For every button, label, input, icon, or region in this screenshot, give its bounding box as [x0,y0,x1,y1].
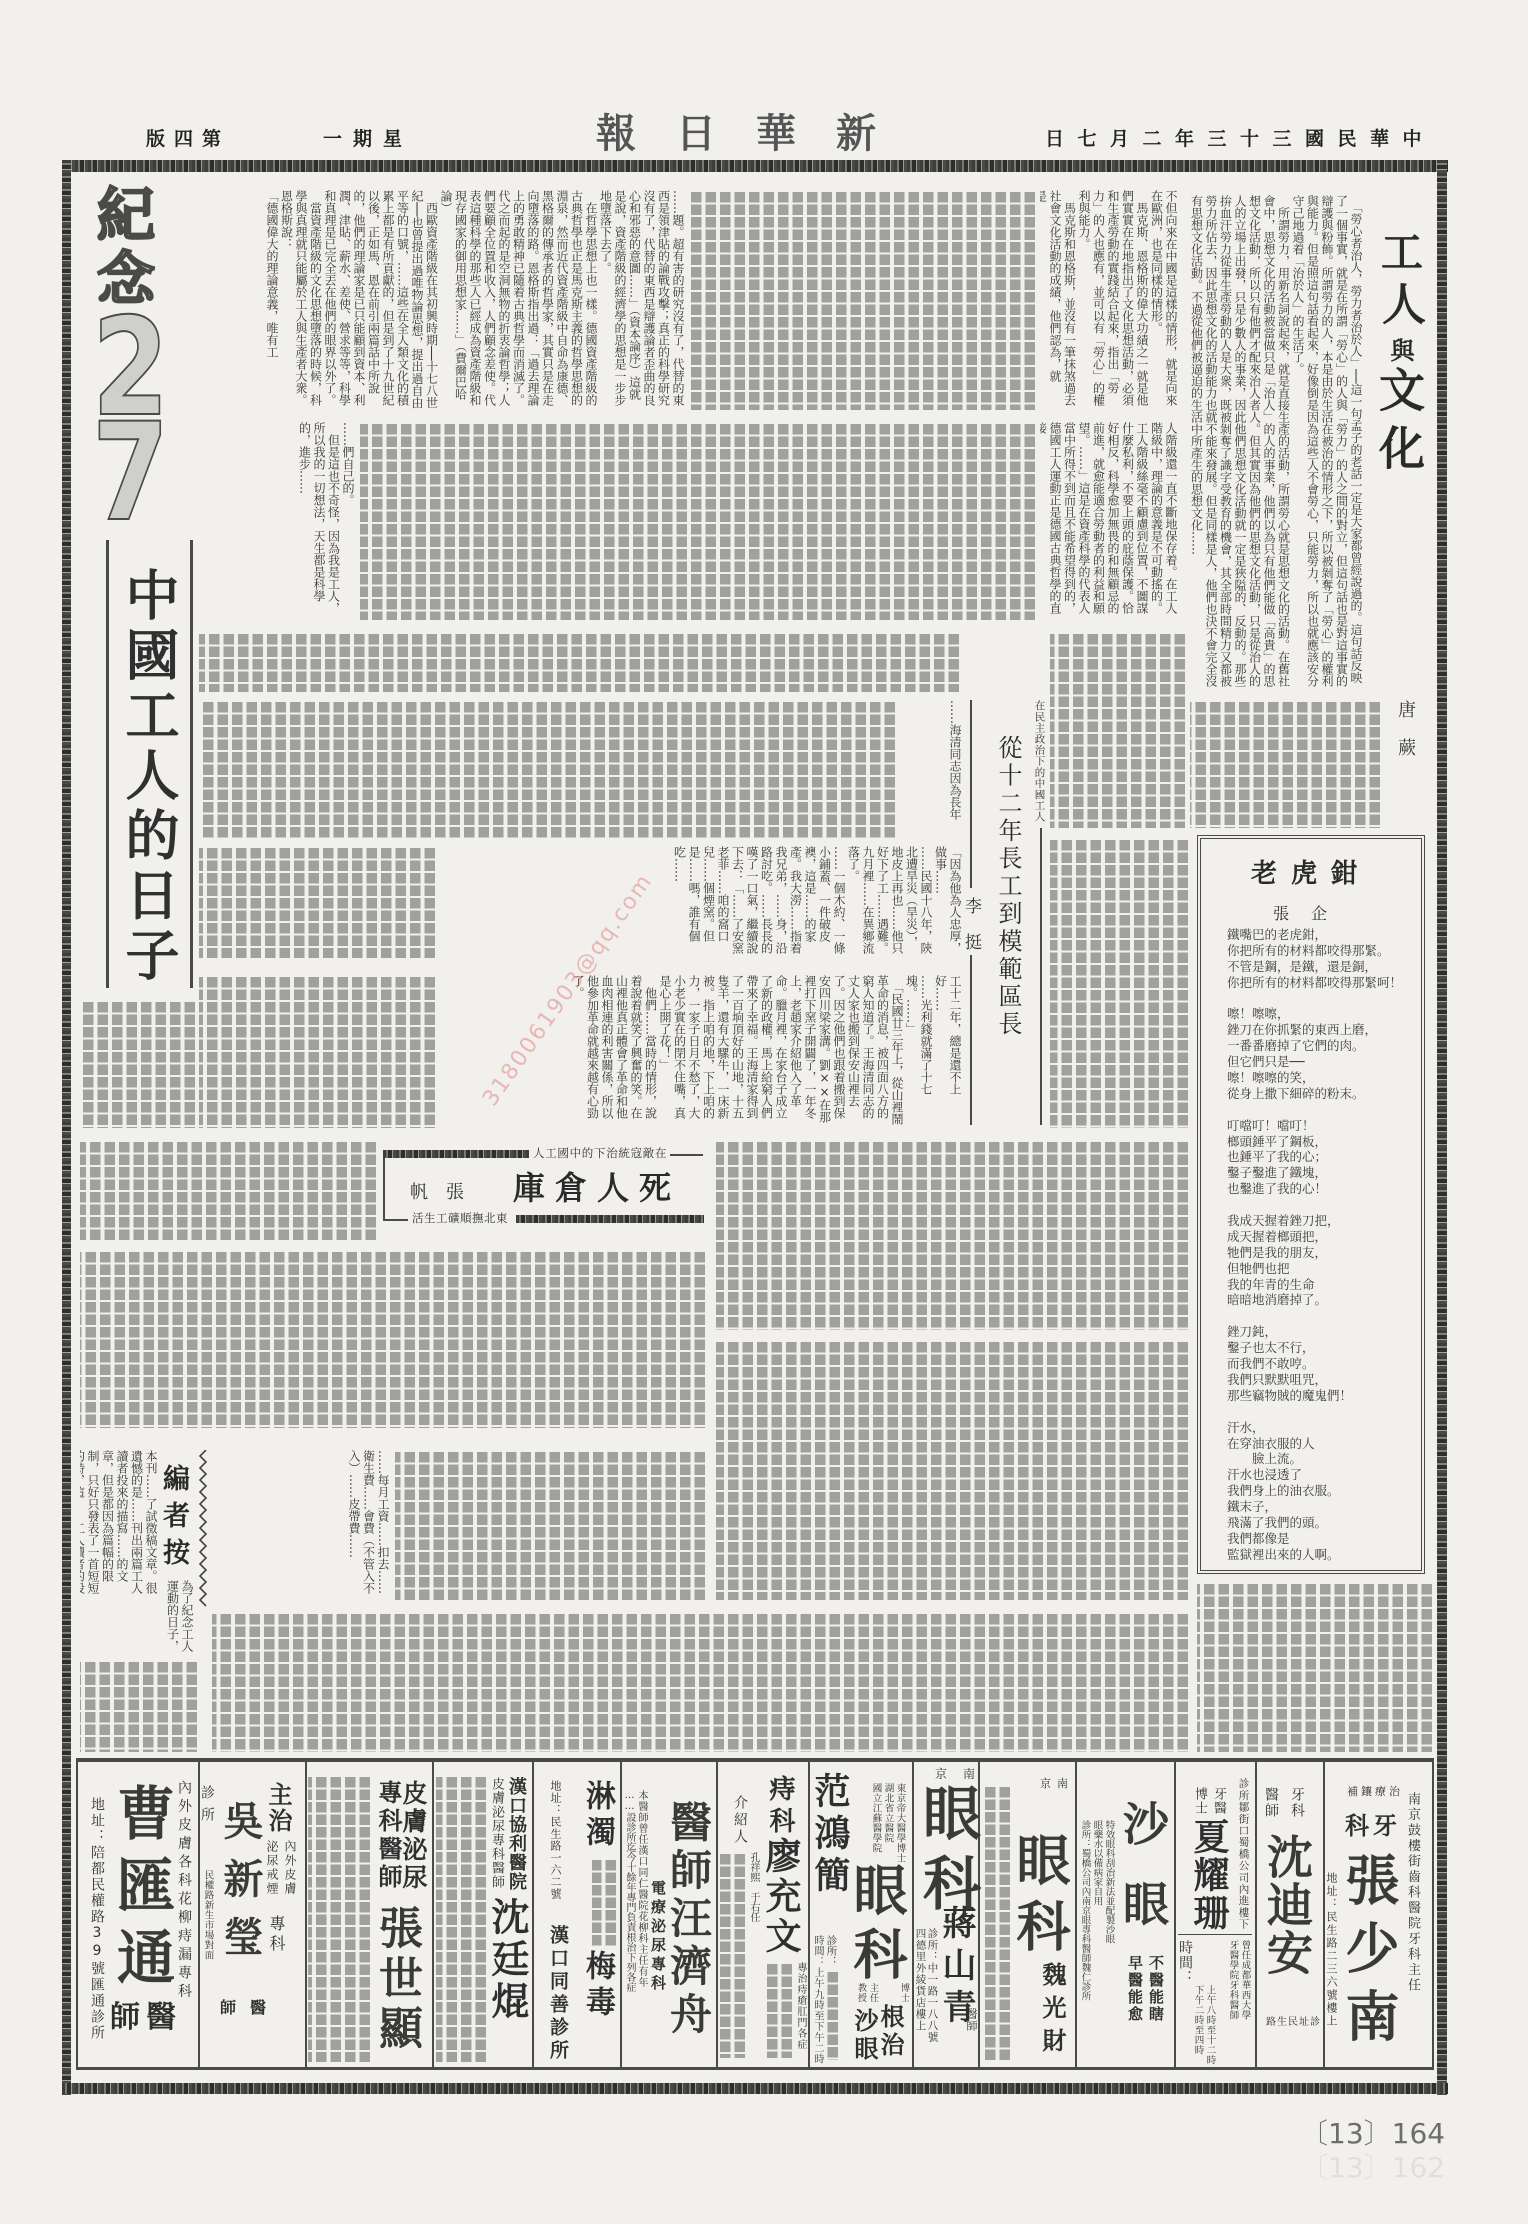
illegible-print-block [395,1450,705,1600]
ad-title: 牙醫 [1212,1787,1225,1815]
illegible-print-block [1190,700,1380,828]
ad-address: 民權路新生市場對面 [203,1870,213,1960]
poem-line: 榔頭錘平了鋼板， [1227,1134,1402,1150]
ad-disease: 沙眼 [852,2008,876,2064]
poem-line: 我們只默默咀咒， [1227,1372,1402,1388]
poem-line: 我的年青的生命 [1227,1277,1402,1293]
changgong-rule-left-bottom [970,955,972,1125]
ad-specialty: 皮膚泌尿專科醫師 [490,1777,503,1889]
ad-credential: 湖北省立醫院 [883,1783,893,1843]
ad-specialty: 眼科 [850,1862,904,1990]
illegible-print-block [436,1775,486,2062]
ad-specialty: 專科醫師 [376,1780,400,1892]
feature-kicker: 在敵寇統治下的中國工人 [533,1148,667,1160]
poem-line: 我們都像是 [1227,1531,1402,1547]
zigzag-divider [198,1450,208,1608]
poem-line: 而我們不敢哼。 [1227,1356,1402,1372]
ad-cure: 根治 [878,2004,902,2060]
ad-name: 醫師汪濟舟 [667,1800,709,2040]
ad-divider [716,1762,718,2067]
poem-line: 飛滿了我們的頭。 [1227,1515,1402,1531]
ad-name: 吳新瑩 [220,1800,260,1974]
ad-hours-label: 時間： [1178,1940,1192,1985]
culture-band1-left-text: ……題。超有害的研究沒有了，代替的東西是領津貼的論戰攻擊；真正的科學研究沒有了，… [199,190,685,410]
poem-line: 那些竊物賊的魔鬼們！ [1227,1388,1402,1404]
ads-left-border [76,1762,78,2067]
poem-line: 我們身上的油衣服。 [1227,1483,1402,1499]
poem-line: 汗水也浸透了 [1227,1467,1402,1483]
ad-divider [1255,1762,1257,2067]
ad-disease: 梅毒 [582,1950,612,2022]
poem-line: 汗水， [1227,1420,1402,1436]
culture-intro-text: 「勞心者治人，勞力者治於人」──這一句孟子的老話一定是大家都曾經說過的。這句話反… [1185,195,1363,690]
culture-band1-right-text: 不但向來在中國是這樣的情形，就是向來在歐洲，也是同樣的情形。 馬克斯、恩格斯的偉… [1040,190,1178,410]
illegible-print-block [766,1962,792,2058]
poem-line: 監獄裡出來的人啊。 [1227,1547,1402,1563]
culture-band2-left-text: ……們自己的。 但是這也不奇怪，因為我是工人，所以我的一切想法，天生都是科學的，… [199,422,355,620]
ad-title: 醫師 [220,2000,280,2016]
ad-slogan: 不醫能瞎 [1148,1955,1163,2023]
ad-hours: 下午二時至四時 [1193,1985,1203,2055]
illegible-print-block [212,1612,1188,1752]
ad-name: 沈廷焜 [488,1897,526,2023]
poem-line: 牠們是我的朋友， [1227,1245,1402,1261]
ad-scope: 專科 [268,1915,284,1955]
poem-line: 成天握着榔頭把， [1227,1229,1402,1245]
banner-digit-7: 7 [92,405,169,540]
culture-title-char: 工 [1378,230,1420,272]
poem-box: 老虎鉗 張企 鐵嘴巴的老虎鉗， 你把所有的材料都咬得那緊。 不管是鋼，是鐵，還是… [1197,835,1425,1574]
ad-name: 廖充文 [763,1837,799,1957]
weekday: 星期一 [323,130,413,149]
feature-kicker-rule [670,1154,703,1156]
poem-line: 鐵末子， [1227,1499,1402,1515]
ad-tag: 博士 [899,1983,908,2003]
poem-line [1227,1197,1402,1213]
ad-specialty: 皮膚泌尿 [401,1780,426,1892]
ad-referrer-label: 介紹人 [733,1795,747,1846]
culture-title-char: 與 [1388,338,1412,362]
ads-right-border [1432,1762,1434,2067]
ad-disease: 淋濁 [582,1780,612,1852]
ad-tag: 治療鑲補 [1347,1786,1403,1797]
ad-note: 牙醫學院牙科醫師 [1228,1940,1238,2020]
feature-bottom-bar [516,1215,704,1223]
ad-note: 特效眼科刮治新法並配製沙眼 [1104,1820,1114,1944]
poem-line: 在穿油衣服的人 [1227,1436,1402,1452]
illegible-print-block [720,1852,745,2058]
ad-note: ……設診所迄今十餘年專門負責根治下列各症 [624,1790,634,1992]
ad-divider [1174,1762,1176,2067]
ad-address: 診所鄒街口蜀橋公司內進樓下 [1238,1778,1249,1930]
illegible-print-block [80,1000,195,1128]
ad-specialty: 牙科 [1290,1787,1304,1819]
poem-line: 你把所有的材料都咬得那緊呵！ [1227,975,1402,991]
feature-bracket-bottom [383,1219,408,1221]
frame-bottom-bar [62,2083,1448,2094]
page-number-bleed-through: 〔13〕162 [1300,2146,1445,2186]
feature-author: 張帆 [410,1184,482,1202]
poem-line: 臉上流。 [1227,1451,1402,1467]
ad-divider [620,1762,622,2067]
ad-name: 魏光財 [1040,1962,1064,2061]
frame-top-bar [62,160,1448,172]
ad-credential: 國立江蘇醫學院 [871,1783,881,1853]
ad-clinic-label: 診所： [826,1935,837,1967]
editor-note-text: 本刊……了試徵稿文章。很遺憾的是……刊出兩篇工人讀者投來的描寫……的文章，但是都… [80,1450,158,1600]
ad-name: 漢口同善診所 [548,1925,567,2063]
illegible-print-block [1050,632,1185,828]
ad-referrers: 孔祥熙 于右任 [748,1852,758,1922]
ad-name: 范鴻簡 [812,1772,848,1898]
ad-city: 南京 [1040,1778,1074,1789]
ad-name: 夏耀珊 [1191,1818,1227,1932]
culture-title-char: 文 [1376,366,1422,412]
ad-name: 沙眼 [1120,1800,1166,1960]
ad-note: 曾任成都華西大學 [1240,1940,1250,2020]
changgong-kicker: 在民主政治下的中國工人 [1034,700,1045,822]
illegible-print-block [592,1858,616,1946]
illegible-print-block [716,1140,1188,1330]
ad-name: 沈迪安 [1264,1833,1310,1977]
ads-bottom-rule [76,2067,1434,2070]
feature-subkicker: 東北撫順礦工生活 [412,1213,508,1225]
changgong-title: 從十二年長工到模範區長 [996,735,1020,1039]
poem-line: 暗暗地消磨掉了。 [1227,1292,1402,1308]
banner-title: 中國工人的日子 [122,567,176,987]
poem-line: 鐵嘴巴的老虎鉗， [1227,927,1402,943]
poem-line [1227,1102,1402,1118]
poem-line: 一番番磨掉了它們的肉。 [1227,1038,1402,1054]
poem-title: 老虎鉗 [1201,853,1421,890]
ad-address: 四德里外綾貨店樓上 [915,1928,926,2032]
illegible-print-block [1197,1582,1432,1752]
ad-title: 醫師 [1264,1787,1278,1819]
ad-city: 南京 [935,1768,991,1780]
ad-scope: 內外皮膚 [284,1840,296,1896]
illegible-print-block [716,1340,1188,1600]
ad-label: 主治 [266,1782,290,1834]
banner-rule-left [106,540,109,988]
poem-line: 也鑿進了我的心！ [1227,1181,1402,1197]
illegible-print-block [360,422,1035,620]
poem-author: 張企 [1201,901,1421,924]
ad-specialty: 電療泌尿專科 [650,1880,665,1994]
ad-note: 眼藥水以備病家自用 [1092,1820,1102,1906]
banner-rule-right [190,540,193,988]
illegible-print-block [199,975,435,1128]
poem-line: 你把所有的材料都咬得那緊。 [1227,943,1402,959]
culture-title-char: 人 [1377,281,1421,325]
illegible-print-block [199,700,895,838]
frame-left-border [62,160,71,2095]
illegible-print-block [982,1785,1010,2060]
poem-line: 鑿子也太不行， [1227,1340,1402,1356]
ad-note: 本醫師曾任漢口同仁醫院花柳科主任有年 [636,1790,646,1988]
culture-title-char: 化 [1376,424,1422,470]
ad-specialty: 內外皮膚各科花柳痔漏專科 [177,1780,191,2002]
feature-deductions-text: ……每月工資……扣去……衛生費……會費（不管入不入）……皮帶費…… [212,1450,390,1600]
poem-line: 不管是鋼，是鐵，還是銅， [1227,959,1402,975]
ad-clinic-label: 診所 [200,1785,214,1829]
ad-note: 診所：蜀橋公司內南京眼專科醫師魏仁診所 [1080,1820,1090,2001]
editor-note-lead: 為了紀念工人運動的日子， [165,1580,194,1652]
ad-address: 診址民生路 [1266,2018,1321,2028]
ad-address: 地址：陪都民權路39號匯通診所 [90,1797,104,2041]
illegible-print-block [199,846,435,958]
ad-name: 曹匯通 [112,1783,170,1999]
ad-scope: 泌尿戒煙 [266,1840,278,1896]
ad-address: 診所：中一路一八八號 [927,1928,938,2043]
ad-title: 醫師 [110,2003,182,2033]
ad-specialty: 痔科 [767,1775,793,1839]
poem-line: 但它們只是── [1227,1054,1402,1070]
ad-hospital: 南京鼓樓街齒科醫院牙科主任 [1406,1792,1419,1994]
culture-band2-right-text: 人階級還一直不斷地保存着。在工人階級中，理論的意義是不可動搖的。工人階級絲毫不顧… [1040,422,1178,620]
illegible-print-block [826,1970,838,2060]
ad-hours: 上午八時至十二時 [1205,1985,1215,2065]
poem-line: 嚓！嚓嚓， [1227,1006,1402,1022]
poem-body: 鐵嘴巴的老虎鉗， 你把所有的材料都咬得那緊。 不管是鋼，是鐵，還是銅， 你把所有… [1227,927,1402,1563]
poem-line: 鑿子鑿進了鐵塊， [1227,1165,1402,1181]
frame-right-border [1437,160,1447,2095]
ad-specialty: 眼科 [1013,1832,1067,1964]
ads-top-rule [76,1758,1434,1762]
ad-title: 博士 [1193,1787,1206,1815]
poem-line: 叮噹叮！噹叮！ [1227,1118,1402,1134]
illegible-print-block [1050,838,1188,1128]
feature-top-bar [383,1150,529,1158]
ad-divider [432,1762,434,2067]
ad-tag: 主任 [868,1983,877,2003]
ad-address: 地址：民生路二三六號樓上 [1326,1872,1337,2028]
poem-line: 從身上撒下細碎的粉末。 [1227,1086,1402,1102]
ad-address: 地址：民生路一六二號 [550,1780,561,1900]
newspaper-name: 新華日報 [596,114,916,154]
illegible-print-block [80,1140,376,1240]
editor-note-label: 編者按 [160,1464,187,1575]
changgong-rule-left-top [970,700,972,888]
ad-divider [1075,1762,1077,2067]
changgong-band2-text: 「因為他為人忠厚，做事…… ……民國十八年，陝北遭旱災（旱災），地皮上再也……他… [440,846,962,958]
ad-hospital: 漢口協利醫院 [507,1777,525,1891]
illegible-print-block [80,1660,197,1752]
changgong-band1-text: ……海清同志因為長年 [900,700,962,838]
poem-line [1227,1404,1402,1420]
ad-tag: 教授 [856,1983,865,2003]
ad-specialty: 眼科 [918,1783,976,1923]
issue-date: 中華民國三十三年二月七日 [1045,130,1435,149]
ad-slogan: 早醫能愈 [1127,1955,1142,2023]
poem-line: 嚓！嚓嚓的笑， [1227,1070,1402,1086]
ad-specialty: 牙科 [1345,1814,1401,1838]
ad-name: 張少南 [1342,1852,1396,2056]
poem-line: 銼刀在你抓緊的東西上磨， [1227,1022,1402,1038]
illegible-print-block [199,632,959,692]
illegible-print-block [308,1775,370,2062]
ad-title: 醫師 [966,2008,977,2032]
ad-credential: 東京帝大醫學博士 [895,1783,905,1863]
ad-divider [305,1762,307,2067]
ad-note: 專治痔瘡肛門各症 [795,1962,805,2050]
poem-line [1227,1308,1402,1324]
poem-line: 我成天握着銼刀把， [1227,1213,1402,1229]
illegible-print-block [80,1250,705,1428]
changgong-rule-right [1040,828,1042,1125]
poem-line [1227,991,1402,1007]
page-label: 第四版 [146,130,230,149]
feature-bracket-left [383,1158,385,1220]
ad-hours: 時間：上午九時至下午二時 [812,1935,822,2065]
ad-divider [532,1762,534,2067]
illegible-print-block [690,190,1035,410]
poem-line: 銼刀鈍， [1227,1324,1402,1340]
poem-line: 也錘平了我的心； [1227,1149,1402,1165]
ad-name: 張世顯 [374,1905,418,2055]
feature-title: 死人倉庫 [513,1172,681,1204]
culture-author: 唐蕨 [1396,700,1414,776]
poem-line: 但牠們也把 [1227,1261,1402,1277]
ad-inner-rule [1178,1934,1252,1935]
